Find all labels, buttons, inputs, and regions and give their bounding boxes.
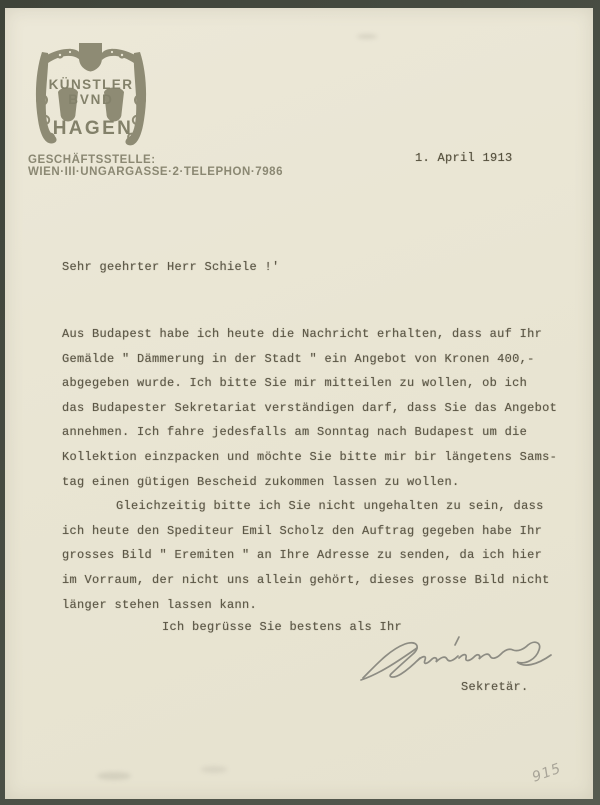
salutation: Sehr geehrter Herr Schiele !' xyxy=(62,260,280,274)
paper-sheet: KÜNSTLER BVND HAGEN GESCHÄFTSSTELLE: WIE… xyxy=(5,8,593,799)
body-line: abgegeben wurde. Ich bitte Sie mir mitte… xyxy=(62,371,562,396)
signature-handwritten xyxy=(357,632,571,684)
body-line: Gemälde " Dämmerung in der Stadt " ein A… xyxy=(62,347,562,372)
logo-ornament-graphic: KÜNSTLER BVND HAGEN xyxy=(29,42,153,154)
body-line: Aus Budapest habe ich heute die Nachrich… xyxy=(62,322,562,347)
letterhead-office-line: GESCHÄFTSSTELLE: WIEN·III·UNGARGASSE·2·T… xyxy=(28,154,408,178)
letter-body: Aus Budapest habe ich heute die Nachrich… xyxy=(62,322,562,617)
body-line: Gleichzeitig bitte ich Sie nicht ungehal… xyxy=(62,494,562,519)
logo-text-hagen: HAGEN xyxy=(53,118,134,139)
letter-date: 1. April 1913 xyxy=(415,151,513,165)
body-line: im Vorraum, der nicht uns allein gehört,… xyxy=(62,568,562,593)
body-line: das Budapester Sekretariat verständigen … xyxy=(62,396,562,421)
kuenstlerbund-hagen-logo: KÜNSTLER BVND HAGEN xyxy=(29,42,153,154)
paper-smudge xyxy=(357,34,377,39)
body-line: tag einen gütigen Bescheid zukommen lass… xyxy=(62,470,562,495)
scanned-letter-page: { "scan": { "paper_color": "#e9e5d3", "b… xyxy=(0,0,600,805)
logo-text-kuenstler: KÜNSTLER xyxy=(49,77,134,92)
signature-title: Sekretär. xyxy=(461,680,529,694)
body-line: länger stehen lassen kann. xyxy=(62,593,562,618)
shield-icon xyxy=(79,43,102,72)
body-line: Kollektion einzpacken und möchte Sie bit… xyxy=(62,445,562,470)
paper-smudge xyxy=(201,766,227,773)
pencil-archive-number: 915 xyxy=(530,760,563,785)
body-line: grosses Bild " Eremiten " an Ihre Adress… xyxy=(62,543,562,568)
body-line: annehmen. Ich fahre jedesfalls am Sonnta… xyxy=(62,420,562,445)
paper-smudge xyxy=(97,772,131,780)
body-line: ich heute den Spediteur Emil Scholz den … xyxy=(62,519,562,544)
logo-text-bund: BVND xyxy=(68,92,113,107)
